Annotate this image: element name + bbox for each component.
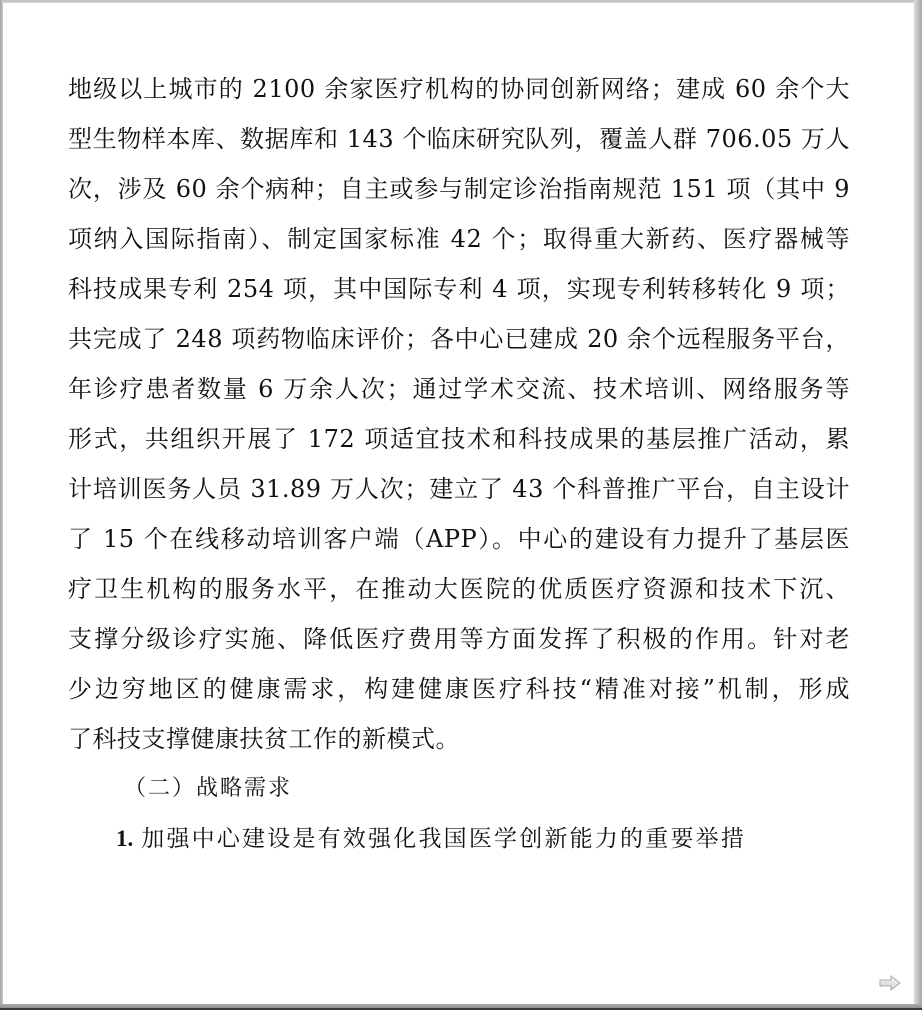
paragraph-line: 计培训医务人员 31.89 万人次；建立了 43 个科普推广平台，自主设计 xyxy=(68,464,850,514)
paragraph-line: 型生物样本库、数据库和 143 个临床研究队列，覆盖人群 706.05 万人 xyxy=(68,114,850,164)
paragraph-line: 科技成果专利 254 项，其中国际专利 4 项，实现专利转移转化 9 项； xyxy=(68,264,850,314)
arrow-right-icon[interactable] xyxy=(879,975,901,991)
paragraph-line: 项纳入国际指南）、制定国家标准 42 个；取得重大新药、医疗器械等 xyxy=(68,214,850,264)
paragraph-line: 地级以上城市的 2100 余家医疗机构的协同创新网络；建成 60 余个大 xyxy=(68,64,850,114)
paragraph-line: 了 15 个在线移动培训客户端（APP）。中心的建设有力提升了基层医 xyxy=(68,514,850,564)
paragraph-line: 少边穷地区的健康需求，构建健康医疗科技“精准对接”机制，形成 xyxy=(68,664,850,714)
paragraph-line: 疗卫生机构的服务水平，在推动大医院的优质医疗资源和技术下沉、 xyxy=(68,564,850,614)
paragraph-line: 次，涉及 60 余个病种；自主或参与制定诊治指南规范 151 项（其中 9 xyxy=(68,164,850,214)
subsection-title: 加强中心建设是有效强化我国医学创新能力的重要举措 xyxy=(141,826,746,852)
section-heading: （二）战略需求 xyxy=(68,764,850,814)
paragraph-line: 支撑分级诊疗实施、降低医疗费用等方面发挥了积极的作用。针对老 xyxy=(68,614,850,664)
document-page: 地级以上城市的 2100 余家医疗机构的协同创新网络；建成 60 余个大 型生物… xyxy=(68,64,850,864)
paragraph-line: 了科技支撑健康扶贫工作的新模式。 xyxy=(68,714,850,764)
subsection-number: 1. xyxy=(116,826,133,851)
frame-border-right xyxy=(914,0,922,1010)
frame-border-top xyxy=(0,0,922,3)
paragraph-line: 共完成了 248 项药物临床评价；各中心已建成 20 余个远程服务平台， xyxy=(68,314,850,364)
body-paragraph: 地级以上城市的 2100 余家医疗机构的协同创新网络；建成 60 余个大 型生物… xyxy=(68,64,850,764)
paragraph-line: 年诊疗患者数量 6 万余人次；通过学术交流、技术培训、网络服务等 xyxy=(68,364,850,414)
paragraph-line: 形式，共组织开展了 172 项适宜技术和科技成果的基层推广活动，累 xyxy=(68,414,850,464)
frame-border-bottom xyxy=(0,1004,922,1010)
frame-border-left xyxy=(0,0,3,1010)
subsection-heading: 1.加强中心建设是有效强化我国医学创新能力的重要举措 xyxy=(68,814,850,864)
document-viewer: 地级以上城市的 2100 余家医疗机构的协同创新网络；建成 60 余个大 型生物… xyxy=(0,0,922,1010)
